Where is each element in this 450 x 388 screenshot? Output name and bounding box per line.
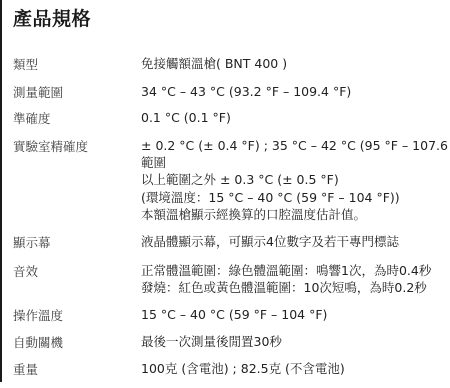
left-border-line: [0, 0, 2, 382]
spec-value: 正常體溫範圍：綠色體溫範圍：鳴響1次，為時0.4秒 發燒：紅色或黃色體溫範圍：1…: [141, 262, 446, 296]
spec-label: 類型: [13, 55, 38, 73]
spec-label: 準確度: [13, 109, 51, 127]
spec-label: 音效: [13, 262, 38, 280]
spec-label: 顯示幕: [13, 233, 51, 251]
spec-value: 最後一次測量後閒置30秒: [141, 333, 446, 350]
spec-label: 操作溫度: [13, 306, 63, 324]
spec-value: 34 °C – 43 °C (93.2 °F – 109.4 °F): [141, 83, 446, 100]
spec-value: 15 °C – 40 °C (59 °F – 104 °F): [141, 306, 446, 323]
spec-label: 重量: [13, 360, 38, 378]
spec-value: 免接觸額溫槍( BNT 400 ): [141, 55, 446, 72]
page-title: 產品規格: [13, 4, 91, 31]
spec-label: 自動關機: [13, 333, 63, 351]
spec-value: 液晶體顯示幕，可顯示4位數字及若干專門標誌: [141, 233, 446, 250]
spec-label: 測量範圍: [13, 83, 63, 101]
spec-value: 0.1 °C (0.1 °F): [141, 109, 446, 126]
spec-value: ± 0.2 °C (± 0.4 °F) ; 35 °C – 42 °C (95 …: [141, 137, 446, 223]
spec-value: 100克 (含電池) ; 82.5克 (不含電池): [141, 360, 446, 377]
spec-label: 實驗室精確度: [13, 137, 88, 155]
